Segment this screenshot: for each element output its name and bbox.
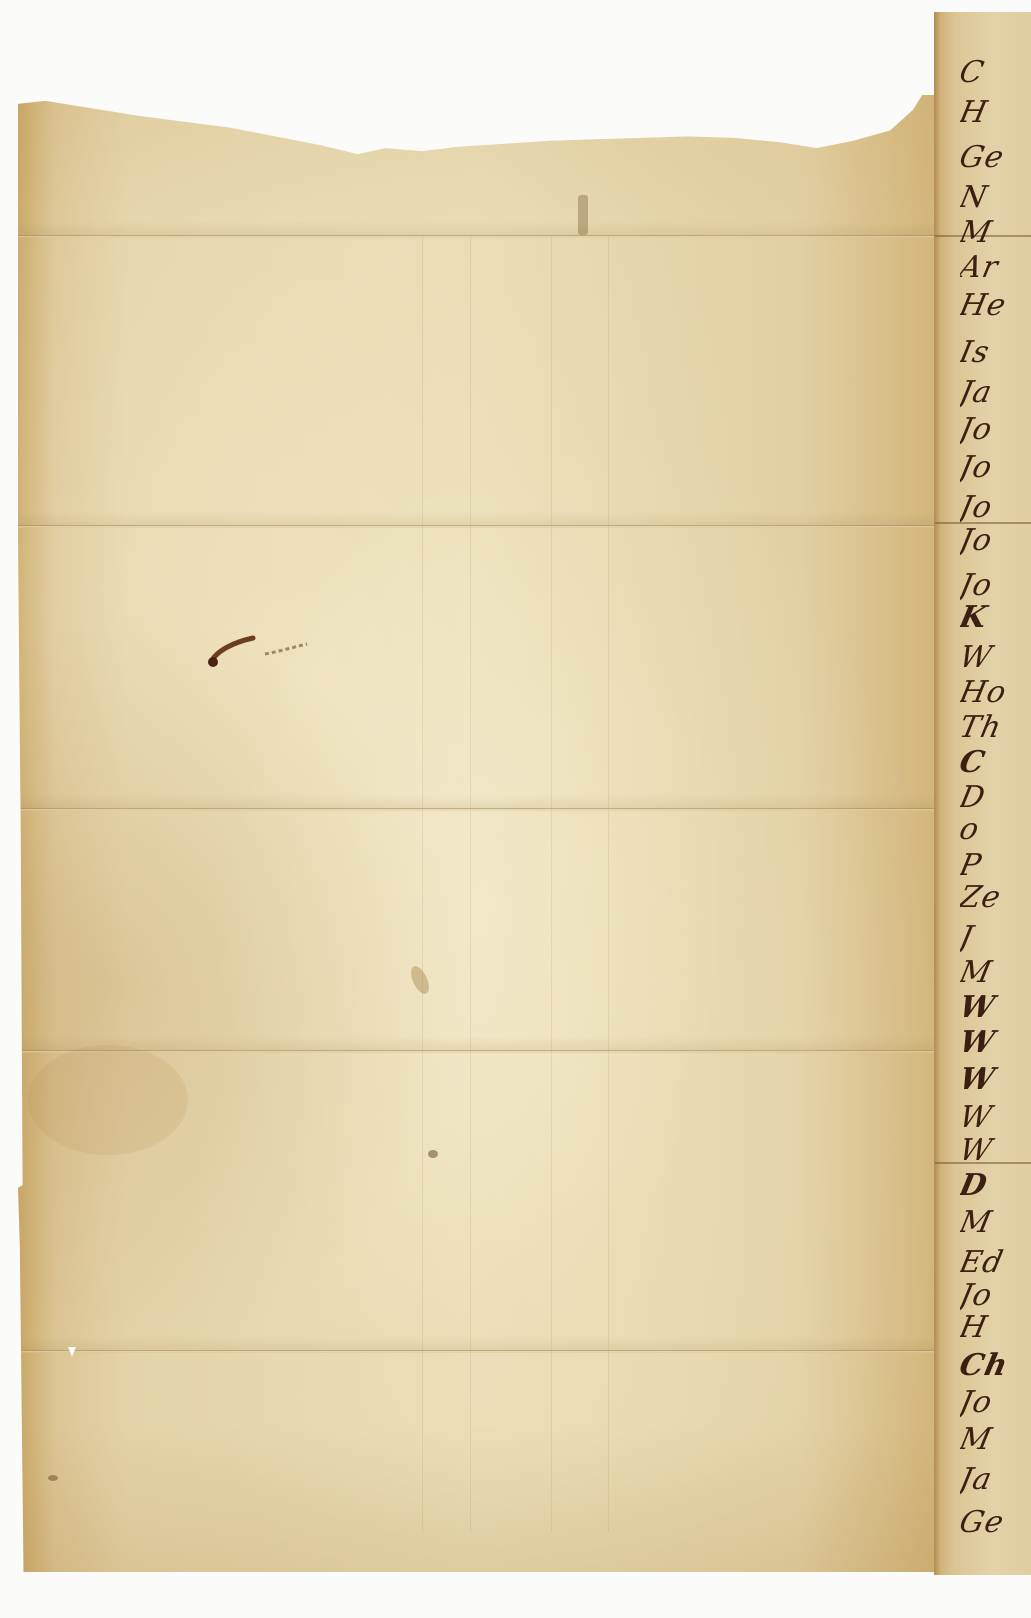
name-fragment: W: [960, 1062, 998, 1097]
fold-line: [18, 1350, 936, 1353]
name-fragment: H: [960, 1310, 991, 1345]
name-fragment: Jo: [960, 1278, 996, 1313]
name-fragment: Ja: [960, 375, 996, 410]
name-fragment: Jo: [960, 412, 996, 447]
fold-line: [18, 1050, 936, 1053]
name-fragment: Is: [960, 335, 993, 370]
name-fragment: Jo: [960, 490, 996, 525]
name-fragment: W: [960, 1100, 996, 1135]
name-fragment: Ar: [960, 250, 1002, 285]
name-fragment: W: [960, 1133, 996, 1168]
name-fragment: M: [960, 955, 995, 990]
name-fragment: Th: [960, 710, 1005, 745]
name-fragment: Jo: [960, 523, 996, 558]
stain: [28, 1045, 188, 1155]
name-fragment: M: [960, 1422, 995, 1457]
name-fragment: P: [960, 848, 985, 883]
stain: [578, 195, 588, 235]
name-fragment: C: [960, 55, 988, 90]
name-fragment: W: [960, 990, 998, 1025]
stain: [48, 1475, 58, 1481]
ink-smudge-mark: [205, 632, 315, 668]
name-fragment: Jo: [960, 450, 996, 485]
name-fragment: M: [960, 1205, 995, 1240]
name-fragment: Ja: [960, 1462, 996, 1497]
stain: [428, 1150, 438, 1158]
name-fragment: D: [960, 780, 989, 815]
handwritten-name-column: C H Ge N M Ar He Is Ja Jo Jo Jo Jo Jo K …: [960, 20, 1031, 1560]
document-scan: C H Ge N M Ar He Is Ja Jo Jo Jo Jo Jo K …: [0, 0, 1031, 1618]
name-fragment: He: [960, 288, 1010, 323]
name-fragment: D: [960, 1168, 991, 1203]
name-fragment: W: [960, 1025, 998, 1060]
name-fragment: Ed: [960, 1245, 1007, 1280]
fold-line: [18, 525, 936, 528]
name-fragment: W: [960, 640, 996, 675]
name-fragment: K: [960, 600, 991, 635]
name-fragment: Ge: [960, 140, 1007, 175]
name-fragment: Ch: [960, 1348, 1011, 1383]
name-fragment: o: [960, 812, 983, 847]
manuscript-sheet-verso: [18, 95, 936, 1572]
fold-line: [18, 808, 936, 811]
name-fragment: Ho: [960, 675, 1010, 710]
name-fragment: J: [960, 920, 977, 955]
name-fragment: Ze: [960, 880, 1004, 915]
fold-line: [18, 235, 936, 238]
name-fragment: Jo: [960, 568, 996, 603]
name-fragment: Jo: [960, 1385, 996, 1420]
name-fragment: C: [960, 745, 989, 780]
name-fragment: H: [960, 95, 991, 130]
name-fragment: Ge: [960, 1505, 1007, 1540]
name-fragment: N: [960, 180, 991, 215]
name-fragment: M: [960, 215, 995, 250]
